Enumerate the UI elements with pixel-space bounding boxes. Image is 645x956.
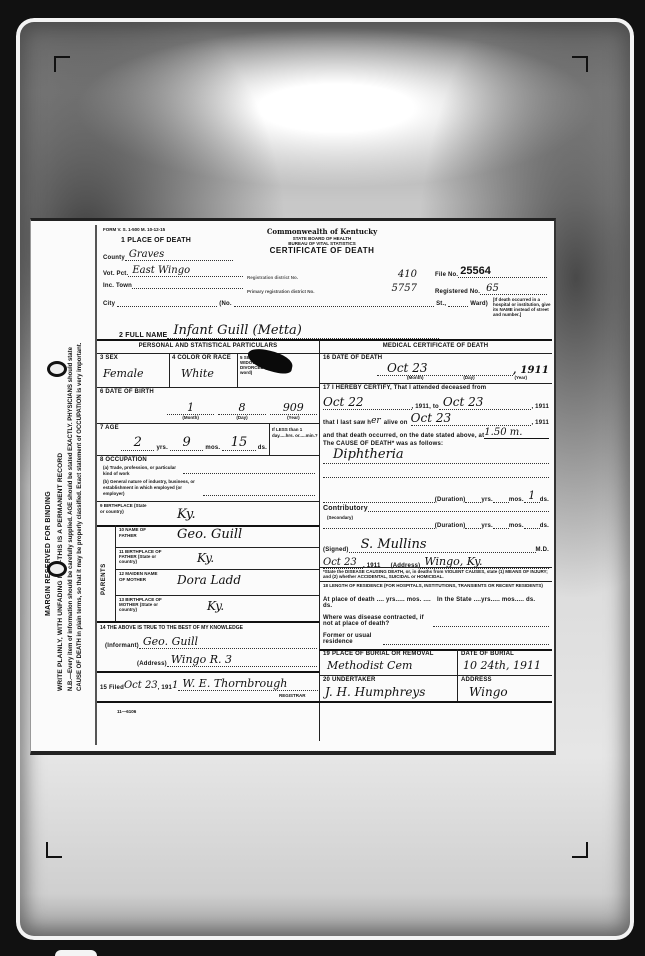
duration-label: (Duration) [435,497,466,503]
margin-note-2: CAUSE OF DEATH in plain terms, so that i… [77,343,83,691]
signed-label: (Signed) [323,547,349,553]
mos-caption: mos. [509,523,524,529]
city-field[interactable] [117,306,217,307]
street-no-label: (No. [219,301,231,307]
informant-label: (Informant) [105,643,139,649]
month-caption: (Month) [167,415,214,420]
place-of-death-label: 1 PLACE OF DEATH [121,237,191,244]
yrs-caption: yrs. [156,445,167,451]
burial-date-label: DATE OF BURIAL [461,651,514,657]
mother-birthplace-field[interactable]: Ky. [207,599,224,613]
cause-field[interactable]: Diphtheria [333,447,404,462]
at-place-label: At place of death .... yrs..... mos. ...… [323,597,433,609]
cause-line [323,477,549,478]
sex-label: 3 SEX [100,355,118,361]
physician-signature[interactable]: S. Mullins [349,537,536,553]
occupation-b-field[interactable] [203,495,315,496]
age-years-field[interactable]: 2 [121,435,154,451]
inc-town-field[interactable] [132,288,243,289]
registered-no-field[interactable]: 65 [480,283,547,295]
last-saw-label: that I last saw h [323,420,371,426]
to-label: , to [429,404,439,410]
contributory-field[interactable] [368,511,549,512]
reg-district-label: Registration district No. [247,275,298,280]
crop-mark-bottom-right [572,842,588,858]
last-saw-field[interactable]: Oct 23 [411,411,532,426]
yrs-caption: yrs. [481,497,492,503]
form-footer-number: 11—6106 [117,709,136,714]
date-of-death-label: 16 DATE OF DEATH [323,355,382,361]
binding-label: MARGIN RESERVED FOR BINDING [45,491,52,616]
alive-on-label: alive on [381,420,411,426]
md-label: M.D. [536,547,549,553]
contracted-label: Where was disease contracted, if not at … [323,615,433,627]
former-residence-field[interactable] [383,644,549,645]
day-caption: (Day) [218,415,265,420]
in-state-label: In the State ....yrs..... mos..... ds. [437,597,549,603]
father-birthplace-field[interactable]: Ky. [197,551,214,565]
crop-mark-bottom-left [46,842,62,858]
burial-date-field[interactable]: 10 24th, 1911 [463,659,541,672]
filed-year-prefix: , 191 [158,685,172,691]
true-statement-label: 14 THE ABOVE IS TRUE TO THE BEST OF MY K… [100,625,243,631]
certify-label: 17 I HEREBY CERTIFY, That I attended dec… [323,385,486,391]
primary-district-label: Primary registration district No. [247,289,315,294]
medical-section-title: MEDICAL CERTIFICATE OF DEATH [319,343,552,349]
sex-field[interactable]: Female [103,367,144,380]
county-field[interactable]: Graves [125,249,233,261]
contributory-label: Contributory [323,505,368,512]
city-label: City [103,301,115,307]
burial-place-label: 19 PLACE OF BURIAL OR REMOVAL [323,651,434,657]
attended-from-field[interactable]: Oct 22 [323,395,412,410]
ds-caption: ds. [258,445,267,451]
occupation-a-field[interactable] [183,473,315,474]
mother-name-label: 12 MAIDEN NAME OF MOTHER [119,571,159,583]
year-caption: , 1911 [531,404,549,410]
year-caption: (Year) [270,415,317,420]
undertaker-address-field[interactable]: Wingo [469,685,508,699]
vot-pct-field[interactable]: East Wingo [128,265,243,277]
full-name-label: 2 FULL NAME [119,332,167,339]
mother-name-field[interactable]: Dora Ladd [177,573,241,587]
contracted-field[interactable] [433,626,549,627]
age-days-field[interactable]: 15 [222,435,255,451]
occupation-label: 8 OCCUPATION [100,457,147,463]
dob-year-field[interactable]: 909 [270,401,317,415]
street-field[interactable] [234,306,434,307]
burial-place-field[interactable]: Methodist Cem [327,659,412,672]
duration-label: (Duration) [435,523,466,529]
parents-label: PARENTS [101,563,107,595]
last-saw-pronoun[interactable]: er [371,416,381,426]
time-of-death-field[interactable]: 1.50 m. [484,427,549,439]
punch-hole-icon [47,361,67,377]
form-number: FORM V. S. 1-500 M. 10-12-15 [103,227,165,232]
undertaker-field[interactable]: J. H. Humphreys [325,685,425,699]
cause-line [323,463,549,464]
state-name: Commonwealth of Kentucky [247,227,397,236]
cause-footnote: *State the DISEASE CAUSING DEATH, or, in… [323,569,549,579]
father-name-field[interactable]: Geo. Guill [177,527,242,542]
age-months-field[interactable]: 9 [170,435,203,451]
informant-address-label: (Address) [137,661,167,667]
father-name-label: 10 NAME OF FATHER [119,527,159,539]
personal-section-title: PERSONAL AND STATISTICAL PARTICULARS [97,343,319,349]
primary-district-field[interactable]: 5757 [315,283,417,294]
attended-to-field[interactable]: Oct 23 [439,395,532,410]
occupation-a-label: (a) Trade, profession, or particular kin… [103,465,183,477]
year-caption: (Year) [515,375,528,380]
registered-no-label: Registered No. [435,289,480,295]
death-occurred-label: and that death occurred, on the date sta… [323,433,484,439]
full-name-field[interactable]: Infant Guill (Metta) [167,323,439,339]
filed-label: 15 Filed [100,685,124,691]
color-label: 4 COLOR OR RACE [172,355,231,361]
less-than-day-label: If LESS than 1 day.....hrs. or.....min.? [272,427,318,439]
date-of-death-field[interactable]: Oct 23 [377,361,513,376]
informant-field[interactable]: Geo. Guill [139,635,317,649]
year-caption: , 1911 [531,420,549,426]
former-residence-label: Former or usual residence [323,633,383,645]
ward-label: Ward) [470,301,488,307]
mother-birthplace-label: 13 BIRTHPLACE OF MOTHER (State or countr… [119,597,169,612]
yrs-caption: yrs. [481,523,492,529]
vot-pct-label: Vot. Pct. [103,271,128,277]
film-tab [55,950,97,956]
death-certificate: MARGIN RESERVED FOR BINDING WRITE PLAINL… [30,218,556,755]
occupation-b-label: (b) General nature of industry, business… [103,479,203,497]
month-caption: (Month) [407,375,424,380]
undertaker-address-label: ADDRESS [461,677,492,683]
hospital-note: [If death occurred in a hospital or inst… [493,297,551,317]
duration-days-field[interactable]: 1 [524,489,540,503]
year-caption: , 1911 [412,404,430,410]
undertaker-label: 20 UNDERTAKER [323,677,376,683]
residence-label: 18 LENGTH OF RESIDENCE (FOR HOSPITALS, I… [323,583,549,588]
age-label: 7 AGE [100,425,119,431]
birthplace-label: 9 BIRTHPLACE (State or country) [100,503,150,515]
mos-caption: mos. [509,497,524,503]
certificate-title: CERTIFICATE OF DEATH [247,246,397,255]
inc-town-label: Inc. Town [103,283,132,289]
cause-line [323,502,435,503]
color-field[interactable]: White [181,367,214,380]
ds-caption: ds. [540,497,549,503]
reg-district-field[interactable]: 410 [298,269,417,280]
ds-caption: ds. [540,523,549,529]
st-label: St., [436,301,446,307]
secondary-label: (Secondary) [327,515,353,520]
certificate-form: FORM V. S. 1-500 M. 10-12-15 1 PLACE OF … [95,225,552,745]
informant-address-field[interactable]: Wingo R. 3 [167,653,317,667]
dob-month-field[interactable]: 1 [167,401,214,415]
crop-mark-top-left [54,56,70,72]
county-label: County [103,255,125,261]
file-no-field[interactable]: 25564 [458,265,547,278]
dob-day-field[interactable]: 8 [218,401,265,415]
margin-note-1: N.B.—Every item of information should be… [68,347,74,691]
mos-caption: mos. [205,445,220,451]
registrar-signature[interactable]: W. E. Thornbrough [178,677,318,691]
registrar-label: REGISTRAR [279,693,306,698]
file-no-label: File No. [435,272,458,278]
birthplace-field[interactable]: Ky. [177,507,196,522]
day-caption: (Day) [463,375,474,380]
binding-margin: MARGIN RESERVED FOR BINDING WRITE PLAINL… [31,221,93,751]
father-birthplace-label: 11 BIRTHPLACE OF FATHER (State or countr… [119,549,169,564]
ward-field[interactable] [448,306,468,307]
crop-mark-top-right [572,56,588,72]
dob-label: 6 DATE OF BIRTH [100,389,154,395]
filed-date-field[interactable]: Oct 23 [124,680,158,691]
punch-hole-icon [47,561,67,577]
